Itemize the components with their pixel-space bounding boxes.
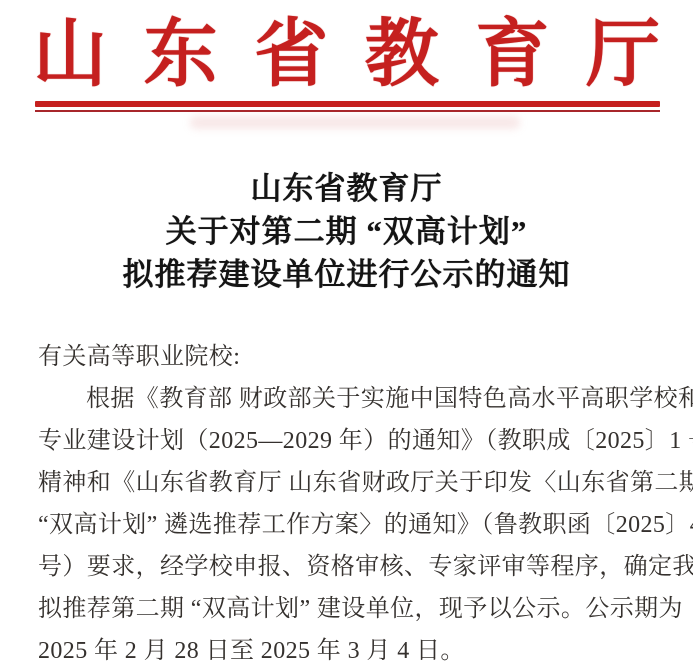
body-text-line: 精神和《山东省教育厅 山东省财政厅关于印发〈山东省第二期 [38,462,656,504]
body-text-line: 根据《教育部 财政部关于实施中国特色高水平高职学校和 [38,378,656,420]
letterhead-char: 育 [475,18,549,92]
letterhead-agency-name: 山 东 省 教 育 厅 [33,12,660,98]
body-text-line: 拟推荐第二期 “双高计划” 建设单位，现予以公示。公示期为 [38,588,656,630]
body-text-line: 号）要求，经学校申报、资格审核、专家评审等程序，确定我省 [38,546,656,588]
document-page: 山 东 省 教 育 厅 山东省教育厅 关于对第二期 “双高计划” 拟推荐建设单位… [0,0,693,667]
letterhead-char: 山 [33,18,107,92]
letterhead-char: 厅 [586,18,660,92]
salutation: 有关高等职业院校: [38,336,656,378]
body-text-line: 专业建设计划（2025—2029 年）的通知》（教职成〔2025〕1 号） [38,420,656,462]
document-title-line: 山东省教育厅 [0,167,693,210]
document-title: 山东省教育厅 关于对第二期 “双高计划” 拟推荐建设单位进行公示的通知 [0,167,693,296]
document-title-line: 关于对第二期 “双高计划” [0,210,693,253]
letterhead-rule-thin [35,110,660,112]
letterhead-char: 东 [144,18,218,92]
scan-bleedthrough-artifact [190,116,520,129]
letterhead-char: 省 [254,18,328,92]
body-text-line: “双高计划” 遴选推荐工作方案〉的通知》（鲁教职函〔2025〕4 [38,504,656,546]
letterhead-rule-thick [35,101,660,107]
letterhead-char: 教 [365,18,439,92]
document-title-line: 拟推荐建设单位进行公示的通知 [0,253,693,296]
document-body: 有关高等职业院校: 根据《教育部 财政部关于实施中国特色高水平高职学校和 专业建… [38,336,656,667]
body-text-line: 2025 年 2 月 28 日至 2025 年 3 月 4 日。 [38,630,656,667]
